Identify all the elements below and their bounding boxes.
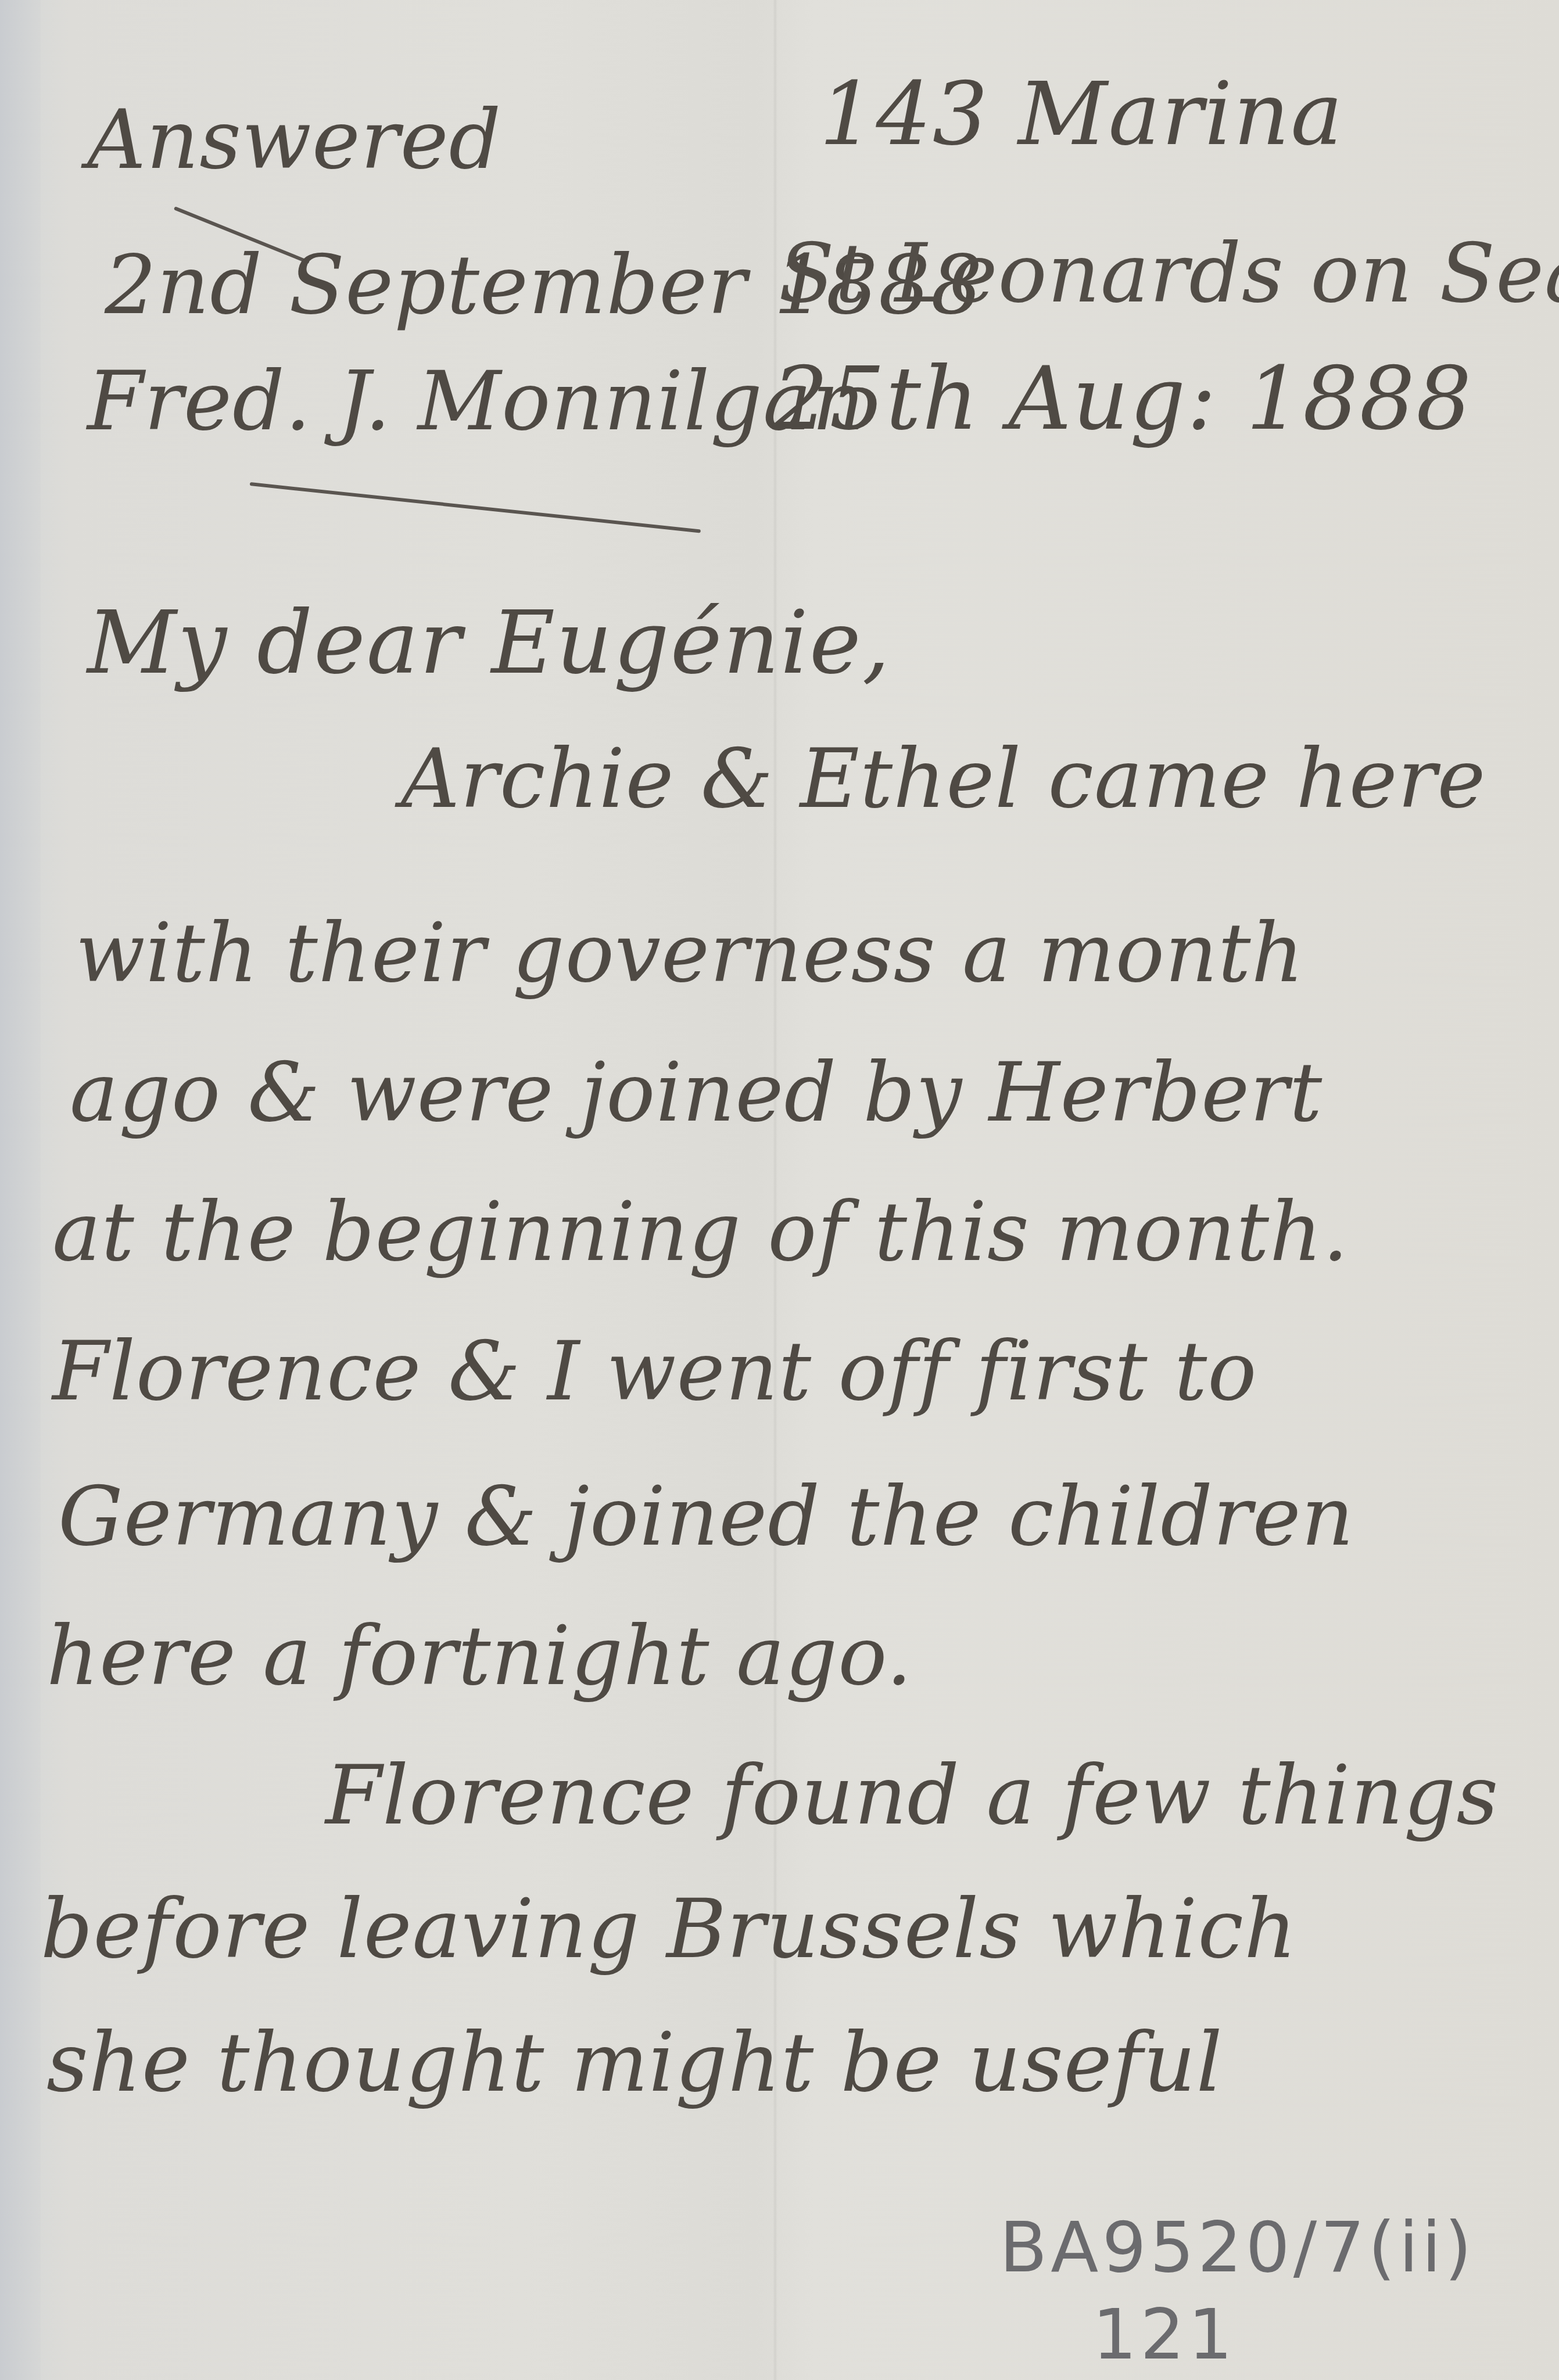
body-line-10: she thought might be useful: [46, 2016, 1223, 2110]
archive-reference: BA9520/7(ii): [999, 2207, 1475, 2288]
body-line-8: Florence found a few things: [325, 1749, 1499, 1843]
body-line-1: Archie & Ethel came here: [401, 732, 1486, 827]
address-line-1: 143 Marina: [819, 64, 1344, 165]
annotation-signature: Fred. J. Monnilgan: [87, 354, 865, 449]
body-line-2: with their governess a month: [76, 906, 1304, 1001]
body-line-5: Florence & I went off first to: [52, 1324, 1257, 1419]
body-line-7: here a fortnight ago.: [46, 1609, 912, 1704]
letter-date: 25th Aug: 1888: [773, 349, 1472, 450]
signature-underline: [250, 482, 701, 533]
letter-page: Answered 2nd September 1888 Fred. J. Mon…: [0, 0, 1559, 2380]
body-line-4: at the beginning of this month.: [52, 1185, 1349, 1280]
body-line-9: before leaving Brussels which: [41, 1882, 1297, 1977]
salutation: My dear Eugénie,: [87, 593, 891, 694]
body-line-6: Germany & joined the children: [58, 1470, 1354, 1564]
archive-folio-number: 121: [1092, 2295, 1236, 2375]
annotation-answered: Answered: [87, 93, 501, 188]
body-line-3: ago & were joined by Herbert: [70, 1046, 1323, 1140]
address-line-2: St Leonards on Sea: [779, 227, 1559, 321]
page-edge: [0, 0, 41, 2380]
